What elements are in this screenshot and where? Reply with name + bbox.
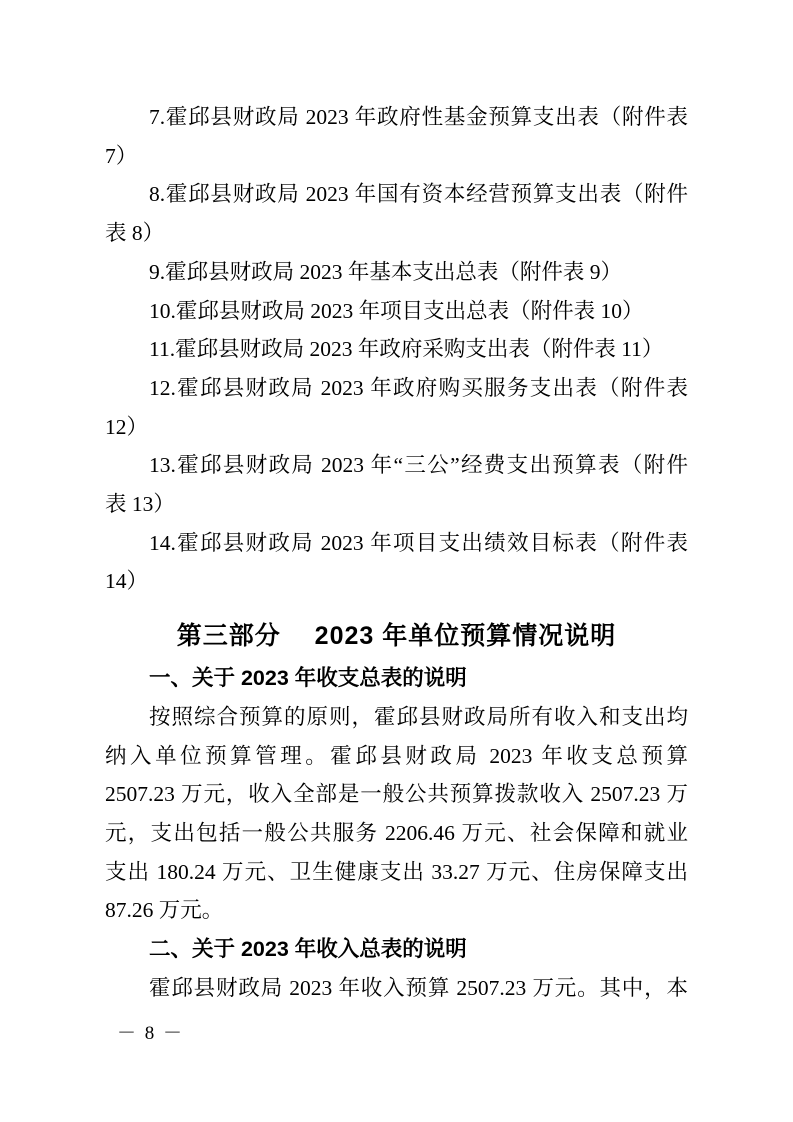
attachment-line: 14.霍邱县财政局 2023 年项目支出绩效目标表（附件表 <box>105 524 688 563</box>
attachment-line: 9.霍邱县财政局 2023 年基本支出总表（附件表 9） <box>105 253 688 292</box>
attachment-line: 表 13） <box>105 485 688 524</box>
attachment-line: 8.霍邱县财政局 2023 年国有资本经营预算支出表（附件 <box>105 175 688 214</box>
part-heading: 第三部分 2023 年单位预算情况说明 <box>105 613 688 659</box>
attachment-list: 7.霍邱县财政局 2023 年政府性基金预算支出表（附件表 7） 8.霍邱县财政… <box>105 98 688 601</box>
subsection-1-heading: 一、关于 2023 年收支总表的说明 <box>105 659 688 698</box>
attachment-line: 10.霍邱县财政局 2023 年项目支出总表（附件表 10） <box>105 292 688 331</box>
paragraph-line: 霍邱县财政局 2023 年收入预算 2507.23 万元。其中，本 <box>105 969 688 1008</box>
paragraph-line: 纳入单位预算管理。霍邱县财政局 2023 年收支总预算 <box>105 737 688 776</box>
part3-section: 第三部分 2023 年单位预算情况说明 一、关于 2023 年收支总表的说明 按… <box>105 613 688 1007</box>
attachment-line: 11.霍邱县财政局 2023 年政府采购支出表（附件表 11） <box>105 330 688 369</box>
subsection-2-heading: 二、关于 2023 年收入总表的说明 <box>105 930 688 969</box>
paragraph-line: 按照综合预算的原则，霍邱县财政局所有收入和支出均 <box>105 698 688 737</box>
attachment-line: 12.霍邱县财政局 2023 年政府购买服务支出表（附件表 <box>105 369 688 408</box>
attachment-line: 14） <box>105 562 688 601</box>
attachment-line: 13.霍邱县财政局 2023 年“三公”经费支出预算表（附件 <box>105 446 688 485</box>
paragraph-line: 87.26 万元。 <box>105 891 688 930</box>
attachment-line: 表 8） <box>105 214 688 253</box>
document-content: 7.霍邱县财政局 2023 年政府性基金预算支出表（附件表 7） 8.霍邱县财政… <box>105 98 688 1007</box>
document-page: 7.霍邱县财政局 2023 年政府性基金预算支出表（附件表 7） 8.霍邱县财政… <box>0 0 793 1122</box>
paragraph-line: 元，支出包括一般公共服务 2206.46 万元、社会保障和就业 <box>105 814 688 853</box>
attachment-line: 12） <box>105 408 688 447</box>
page-number: － 8 － <box>117 1018 184 1045</box>
attachment-line: 7.霍邱县财政局 2023 年政府性基金预算支出表（附件表 <box>105 98 688 137</box>
paragraph-line: 2507.23 万元，收入全部是一般公共预算拨款收入 2507.23 万 <box>105 775 688 814</box>
paragraph-line: 支出 180.24 万元、卫生健康支出 33.27 万元、住房保障支出 <box>105 853 688 892</box>
attachment-line: 7） <box>105 137 688 176</box>
